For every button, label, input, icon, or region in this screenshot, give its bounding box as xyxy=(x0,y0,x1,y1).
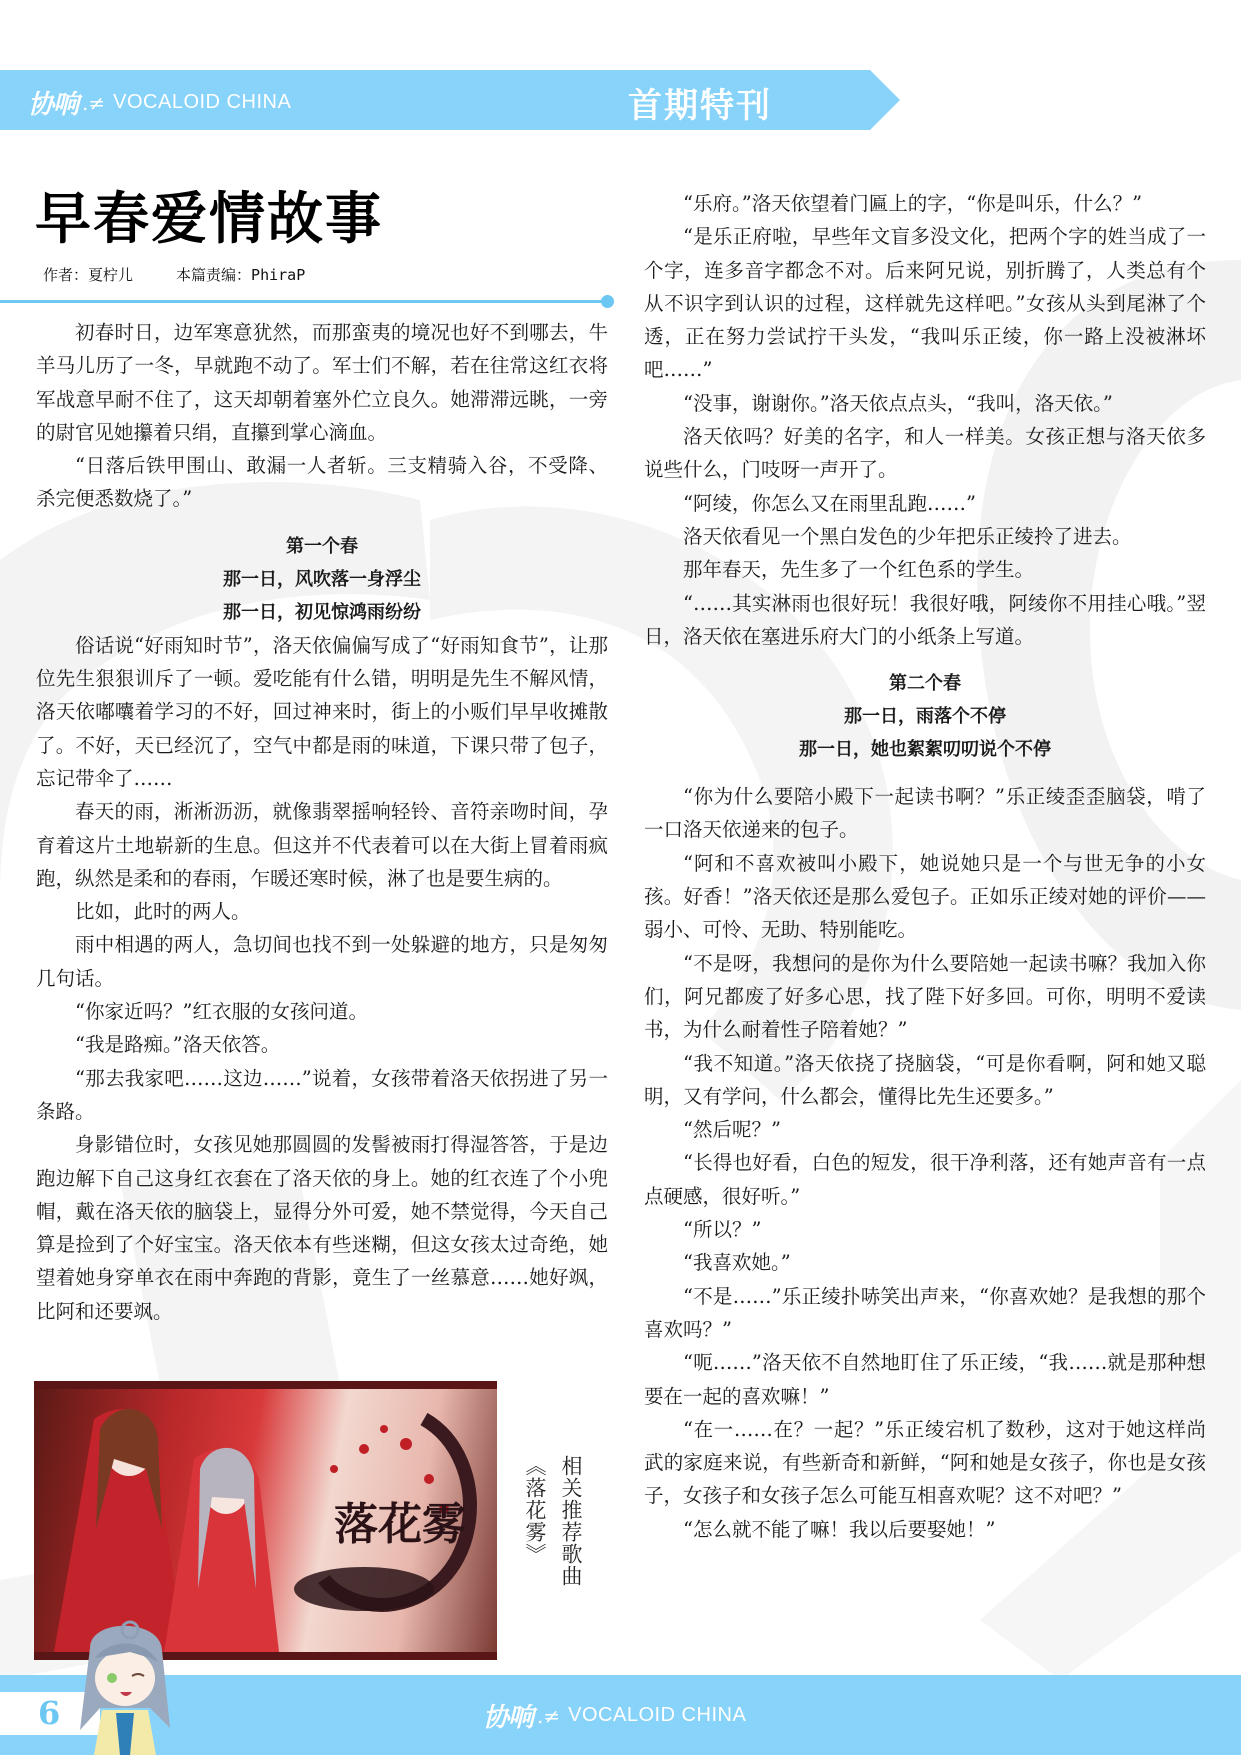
divider-dot-icon xyxy=(601,295,614,308)
author-credit: 作者：夏柠儿 xyxy=(43,266,133,284)
paragraph: 比如，此时的两人。 xyxy=(36,895,608,928)
paragraph: “我喜欢她。” xyxy=(644,1246,1206,1279)
section-heading-2: 第二个春 那一日，雨落个不停 那一日，她也絮絮叨叨说个不停 xyxy=(644,667,1206,766)
left-column: 初春时日，边军寒意犹然，而那蛮夷的境况也好不到哪去，牛羊马儿历了一冬，早就跑不动… xyxy=(36,316,608,1328)
section-verse: 那一日，雨落个不停 xyxy=(644,700,1206,733)
footer-band: 6 协响 .≠ VOCALOID CHINA xyxy=(0,1675,1241,1755)
paragraph: “阿绫，你怎么又在雨里乱跑……” xyxy=(644,487,1206,520)
paragraph: “然后呢？” xyxy=(644,1113,1206,1146)
caption-label: 相关推荐歌曲 xyxy=(556,1455,586,1587)
title-divider xyxy=(0,300,605,303)
paragraph: “不是呀，我想问的是你为什么要陪她一起读书嘛？我加入你们，阿兄都废了好多心思，找… xyxy=(644,947,1206,1047)
logo-english-text: VOCALOID CHINA xyxy=(113,91,291,114)
paragraph: “阿和不喜欢被叫小殿下，她说她只是一个与世无争的小女孩。好香！”洛天依还是那么爱… xyxy=(644,847,1206,947)
paragraph: “长得也好看，白色的短发，很干净利落，还有她声音有一点点硬感，很好听。” xyxy=(644,1146,1206,1213)
paragraph: 雨中相遇的两人，急切间也找不到一处躲避的地方，只是匆匆几句话。 xyxy=(36,928,608,995)
paragraph: 初春时日，边军寒意犹然，而那蛮夷的境况也好不到哪去，牛羊马儿历了一冬，早就跑不动… xyxy=(36,316,608,449)
paragraph: “怎么就不能了嘛！我以后要娶她！” xyxy=(644,1513,1206,1546)
section-title: 第二个春 xyxy=(644,667,1206,700)
caption-song-title: 《落花雾》 xyxy=(520,1455,550,1587)
logo-chinese-text: 协响 xyxy=(28,84,78,121)
svg-text:落花雾: 落花雾 xyxy=(334,1499,466,1550)
section-verse: 那一日，初见惊鸿雨纷纷 xyxy=(36,596,608,629)
header-band: 协响 .≠ VOCALOID CHINA 首期特刊 xyxy=(0,70,900,130)
paragraph: “你家近吗？”红衣服的女孩问道。 xyxy=(36,995,608,1028)
logo-wing-icon: .≠ xyxy=(537,1704,560,1728)
article-header: 早春爱情故事 作者：夏柠儿 本篇责编：PhiraP xyxy=(35,192,383,285)
paragraph: “是乐正府啦，早些年文盲多没文化，把两个字的姓当成了一个字，连多音字都念不对。后… xyxy=(644,220,1206,386)
section-heading-1: 第一个春 那一日，风吹落一身浮尘 那一日，初见惊鸿雨纷纷 xyxy=(36,530,608,629)
paragraph: “我是路痴。”洛天依答。 xyxy=(36,1028,608,1061)
article-title: 早春爱情故事 xyxy=(35,192,383,248)
section-title: 第一个春 xyxy=(36,530,608,563)
paragraph: 洛天依看见一个黑白发色的少年把乐正绫拎了进去。 xyxy=(644,520,1206,553)
paragraph: “所以？” xyxy=(644,1213,1206,1246)
right-column: “乐府。”洛天依望着门匾上的字，“你是叫乐，什么？” “是乐正府啦，早些年文盲多… xyxy=(644,187,1206,1546)
paragraph: “没事，谢谢你。”洛天依点点头，“我叫，洛天依。” xyxy=(644,387,1206,420)
illustration-art-icon: 落花雾 xyxy=(34,1389,497,1652)
figure-caption: 相关推荐歌曲 《落花雾》 xyxy=(520,1455,586,1587)
paragraph: “……其实淋雨也很好玩！我很好哦，阿绫你不用挂心哦。”翌日，洛天依在塞进乐府大门… xyxy=(644,587,1206,654)
paragraph: “你为什么要陪小殿下一起读书啊？”乐正绫歪歪脑袋，啃了一口洛天依递来的包子。 xyxy=(644,780,1206,847)
paragraph: “呃……”洛天依不自然地盯住了乐正绫，“我……就是那种想要在一起的喜欢嘛！” xyxy=(644,1346,1206,1413)
paragraph: 春天的雨，淅淅沥沥，就像翡翠摇响轻铃、音符亲吻时间，孕育着这片土地崭新的生息。但… xyxy=(36,795,608,895)
paragraph: “在一……在？一起？”乐正绫宕机了数秒，这对于她这样尚武的家庭来说，有些新奇和新… xyxy=(644,1413,1206,1513)
editor-credit: 本篇责编：PhiraP xyxy=(176,266,305,284)
header-logo: 协响 .≠ VOCALOID CHINA xyxy=(28,84,291,121)
issue-label: 首期特刊 xyxy=(628,78,772,127)
logo-wing-icon: .≠ xyxy=(82,91,105,115)
paragraph: “那去我家吧……这边……”说着，女孩带着洛天依拐进了另一条路。 xyxy=(36,1062,608,1129)
section-verse: 那一日，风吹落一身浮尘 xyxy=(36,563,608,596)
page-number: 6 xyxy=(38,1694,60,1732)
logo-english-text: VOCALOID CHINA xyxy=(568,1704,746,1727)
paragraph: 洛天依吗？好美的名字，和人一样美。女孩正想与洛天依多说些什么，门吱呀一声开了。 xyxy=(644,420,1206,487)
paragraph: “我不知道。”洛天依挠了挠脑袋，“可是你看啊，阿和她又聪明，又有学问，什么都会，… xyxy=(644,1047,1206,1114)
logo-chinese-text: 协响 xyxy=(483,1697,533,1734)
paragraph: 俗话说“好雨知时节”，洛天依偏偏写成了“好雨知食节”，让那位先生狠狠训斥了一顿。… xyxy=(36,629,608,795)
paragraph: 那年春天，先生多了一个红色系的学生。 xyxy=(644,553,1206,586)
footer-logo: 协响 .≠ VOCALOID CHINA xyxy=(483,1697,746,1734)
paragraph: 身影错位时，女孩见她那圆圆的发髻被雨打得湿答答，于是边跑边解下自己这身红衣套在了… xyxy=(36,1128,608,1328)
paragraph: “不是……”乐正绫扑哧笑出声来，“你喜欢她？是我想的那个喜欢吗？” xyxy=(644,1280,1206,1347)
paragraph: “乐府。”洛天依望着门匾上的字，“你是叫乐，什么？” xyxy=(644,187,1206,220)
paragraph: “日落后铁甲围山、敢漏一人者斩。三支精骑入谷，不受降、杀完便悉数烧了。” xyxy=(36,449,608,516)
section-verse: 那一日，她也絮絮叨叨说个不停 xyxy=(644,733,1206,766)
mascot-chibi-icon xyxy=(70,1618,180,1755)
byline: 作者：夏柠儿 本篇责编：PhiraP xyxy=(43,264,383,285)
